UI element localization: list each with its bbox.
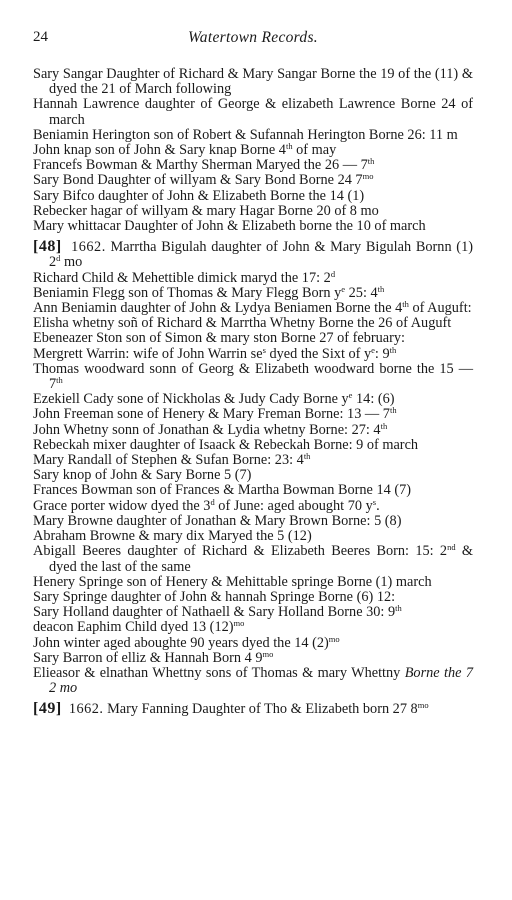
page-reference: [49] [33, 700, 62, 717]
record-entry: Mary Randall of Stephen & Sufan Borne: 2… [33, 453, 473, 468]
record-entry: Sary Bifco daughter of John & Elizabeth … [33, 189, 473, 204]
running-title: Watertown Records. [33, 29, 473, 47]
year-label: 1662. [71, 239, 106, 255]
record-entry: Rebecker hagar of willyam & mary Hagar B… [33, 204, 473, 219]
record-entry: Beniamin Herington son of Robert & Sufan… [33, 128, 473, 143]
record-entry: Sary Sangar Daughter of Richard & Mary S… [33, 67, 473, 97]
year-label: 1662. [69, 701, 104, 717]
record-entry: Mergrett Warrin: wife of John Warrin ses… [33, 347, 473, 362]
records-body: Sary Sangar Daughter of Richard & Mary S… [33, 67, 473, 718]
record-entry: Henery Springe son of Henery & Mehittabl… [33, 575, 473, 590]
record-entry: Sary Barron of elliz & Hannah Born 4 9mo [33, 651, 473, 666]
record-entry: Mary Browne daughter of Jonathan & Mary … [33, 514, 473, 529]
record-entry: Ebeneazer Ston son of Simon & mary ston … [33, 331, 473, 346]
record-entry: John knap son of John & Sary knap Borne … [33, 143, 473, 158]
record-entry: John winter aged aboughte 90 years dyed … [33, 636, 473, 651]
record-entry: Frances Bowman son of Frances & Martha B… [33, 483, 473, 498]
record-entry: Sary Springe daughter of John & hannah S… [33, 590, 473, 605]
record-entry: Thomas woodward sonn of Georg & Elizabet… [33, 362, 473, 392]
record-entry: deacon Eaphim Child dyed 13 (12)mo [33, 620, 473, 635]
record-entry-section-49: [49] 1662. Mary Fanning Daughter of Tho … [33, 701, 473, 717]
record-entry: Hannah Lawrence daughter of George & eli… [33, 97, 473, 127]
record-entry: Sary Bond Daughter of willyam & Sary Bon… [33, 173, 473, 188]
record-entry: Elisha whetny soñ of Richard & Marrtha W… [33, 316, 473, 331]
page-header: 24 Watertown Records. [33, 29, 473, 49]
record-entry: John Freeman sone of Henery & Mary Frema… [33, 407, 473, 422]
record-entry: Sary knop of John & Sary Borne 5 (7) [33, 468, 473, 483]
record-entry-section-48: [48] 1662. Marrtha Bigulah daughter of J… [33, 239, 473, 270]
record-entry: John Whetny sonn of Jonathan & Lydia whe… [33, 423, 473, 438]
record-entry: Richard Child & Mehettible dimick maryd … [33, 271, 473, 286]
record-entry: Rebeckah mixer daughter of Isaack & Rebe… [33, 438, 473, 453]
record-entry: Mary whittacar Daughter of John & Elizab… [33, 219, 473, 234]
record-entry: Ann Beniamin daughter of John & Lydya Be… [33, 301, 473, 316]
record-entry: Abigall Beeres daughter of Richard & Eli… [33, 544, 473, 574]
record-entry: Elieasor & elnathan Whettny sons of Thom… [33, 666, 473, 696]
record-entry: Grace porter widow dyed the 3d of June: … [33, 499, 473, 514]
